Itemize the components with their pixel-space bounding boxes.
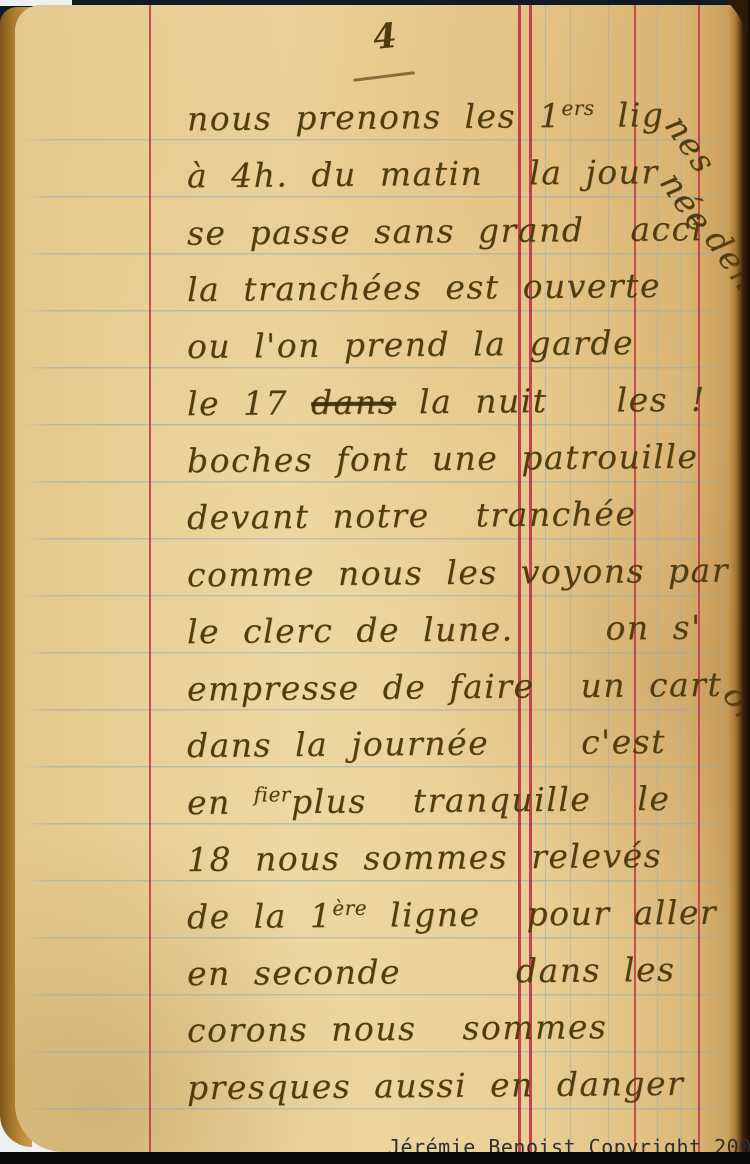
handwritten-text: comme nous les voyons par bbox=[187, 551, 729, 595]
manuscript-line: nous prenons les 1ers lignes bbox=[187, 95, 727, 139]
handwritten-text: de la 1 bbox=[187, 896, 333, 936]
page-right-edge-shadow bbox=[728, 0, 750, 1152]
scan-background-bottom bbox=[0, 1152, 750, 1164]
handwritten-text: se passe sans grand acci bbox=[187, 209, 704, 253]
handwritten-text: nous prenons les 1 bbox=[187, 96, 562, 138]
manuscript-line: le clerc de lune. on s' bbox=[187, 608, 702, 651]
handwritten-text: 18 nous sommes relevés bbox=[187, 836, 662, 879]
manuscript-line: en seconde dans les bbox=[187, 950, 676, 993]
red-margin-line bbox=[149, 5, 151, 1152]
manuscript-line: corons nous sommes bbox=[187, 1007, 608, 1050]
handwritten-text: presques aussi en danger bbox=[187, 1064, 685, 1107]
handwritten-text: ou l'on prend la garde bbox=[187, 323, 634, 366]
notebook-paper: 4 nous prenons les 1ers lignesà 4h. du m… bbox=[15, 5, 742, 1152]
manuscript-line: en fierplus tranquille le bbox=[187, 779, 671, 822]
page-number-underline bbox=[353, 71, 415, 81]
manuscript-line: empresse de faire un carton bbox=[187, 664, 750, 708]
handwritten-text: le 17 bbox=[187, 383, 311, 423]
handwritten-text: en seconde dans les bbox=[187, 950, 676, 993]
page-number: 4 bbox=[371, 16, 399, 58]
manuscript-line: 18 nous sommes relevés bbox=[187, 836, 662, 879]
handwritten-text: lig bbox=[595, 95, 665, 135]
manuscript-line: la tranchées est ouverte bbox=[187, 266, 661, 309]
handwritten-text: ligne pour aller bbox=[367, 893, 717, 935]
scanned-notebook-page: 4 nous prenons les 1ers lignesà 4h. du m… bbox=[0, 0, 750, 1164]
handwritten-text: le clerc de lune. on s' bbox=[187, 608, 702, 651]
manuscript-line: à 4h. du matin la journée bbox=[187, 152, 724, 196]
handwritten-text: corons nous sommes bbox=[187, 1007, 608, 1050]
handwritten-text: boches font une patrouille bbox=[187, 437, 699, 480]
handwritten-text: devant notre tranchée bbox=[187, 494, 637, 537]
manuscript-line: devant notre tranchée bbox=[187, 494, 637, 537]
handwritten-text: en bbox=[187, 783, 254, 823]
handwritten-text: empresse de faire un cart bbox=[187, 665, 723, 709]
manuscript-line: boches font une patrouille bbox=[187, 437, 699, 480]
manuscript-line: presques aussi en danger bbox=[187, 1064, 685, 1107]
manuscript-line: se passe sans grand accidents bbox=[187, 208, 750, 252]
handwritten-text: à 4h. du matin la jour bbox=[187, 152, 659, 195]
manuscript-line: dans la journée c'est bbox=[187, 722, 666, 765]
handwritten-text: la tranchées est ouverte bbox=[187, 266, 661, 309]
manuscript-line: de la 1ère ligne pour aller bbox=[187, 893, 718, 937]
superscript-insert: ère bbox=[332, 896, 367, 920]
handwritten-text: dans la journée c'est bbox=[187, 722, 666, 765]
manuscript-line: comme nous les voyons par bbox=[187, 551, 729, 595]
handwritten-text: plus tranquille le bbox=[291, 779, 671, 821]
manuscript-line: le 17 dans la nuit les ! bbox=[187, 380, 706, 424]
manuscript-line: ou l'on prend la garde bbox=[187, 323, 634, 366]
struck-out-word: dans bbox=[311, 382, 396, 422]
superscript-insert: ers bbox=[561, 96, 594, 120]
superscript-insert: fier bbox=[254, 782, 291, 806]
handwritten-text: la nuit les ! bbox=[396, 380, 706, 422]
